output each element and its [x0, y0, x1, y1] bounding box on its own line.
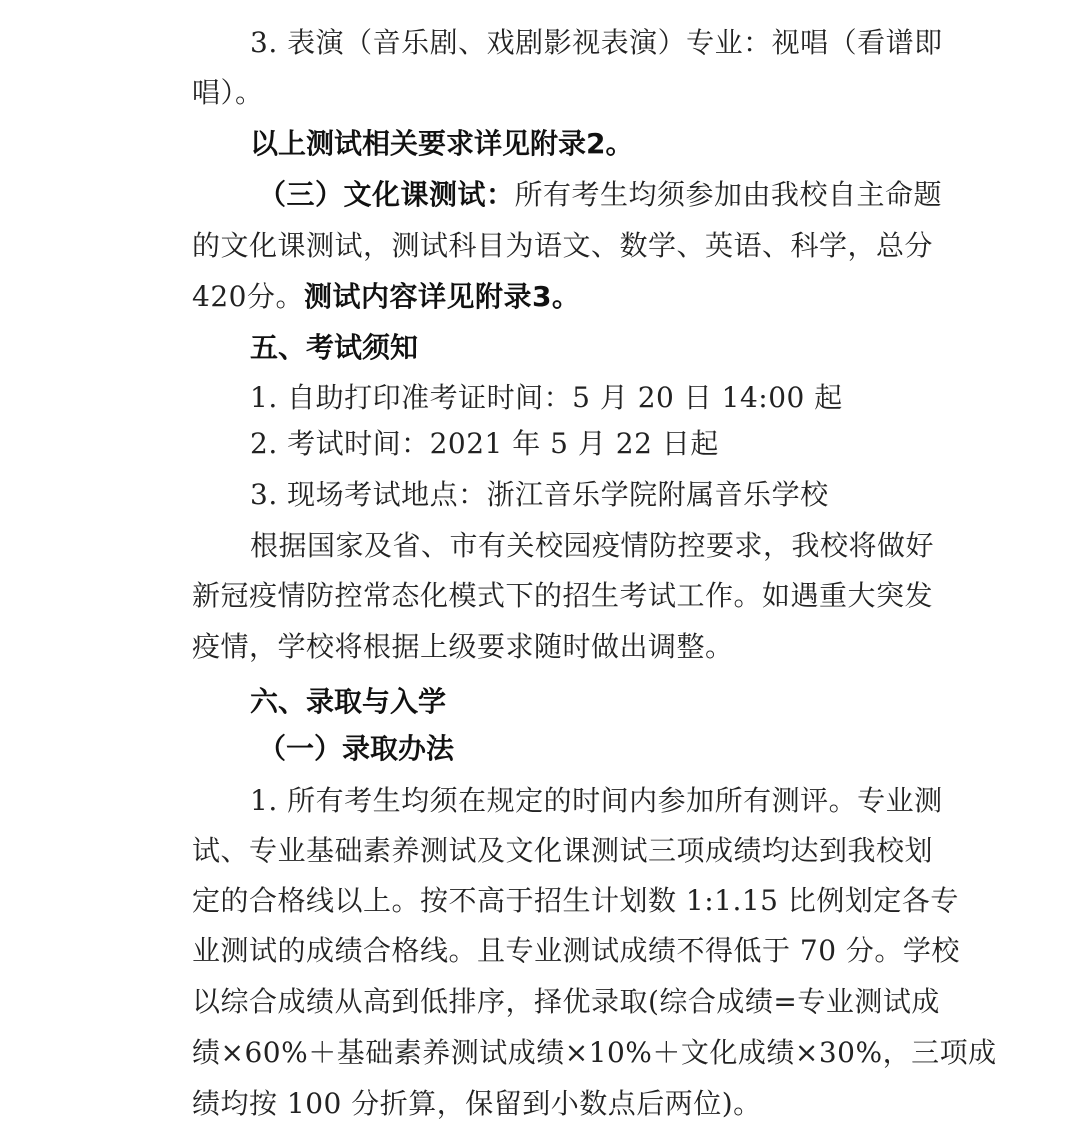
paragraph-text: 所有考生均须参加由我校自主命题	[515, 178, 943, 211]
section-heading: 六、录取与入学	[250, 684, 944, 720]
paragraph-line: 疫情，学校将根据上级要求随时做出调整。	[192, 629, 944, 665]
paragraph-line: 新冠疫情防控常态化模式下的招生考试工作。如遇重大突发	[192, 578, 944, 614]
paragraph-line: 业测试的成绩合格线。且专业测试成绩不得低于 70 分。学校	[192, 933, 944, 969]
paragraph-line: 试、专业基础素养测试及文化课测试三项成绩均达到我校划	[192, 833, 944, 869]
paragraph-line: 3. 表演（音乐剧、戏剧影视表演）专业：视唱（看谱即	[250, 25, 944, 61]
list-item: 2. 考试时间：2021 年 5 月 22 日起	[250, 426, 944, 462]
paragraph-line: 定的合格线以上。按不高于招生计划数 1:1.15 比例划定各专	[192, 883, 944, 919]
section-heading: 五、考试须知	[250, 330, 944, 366]
paragraph-line: 420分。测试内容详见附录3。	[192, 279, 944, 315]
appendix-note: 测试内容详见附录3。	[304, 280, 580, 313]
paragraph-line: 以综合成绩从高到低排序，择优录取(综合成绩=专业测试成	[192, 984, 944, 1020]
paragraph-line: 唱）。	[192, 75, 944, 111]
section-label: （三）文化课测试：	[258, 178, 515, 211]
paragraph-text: 420分。	[192, 280, 304, 313]
list-item: 3. 现场考试地点：浙江音乐学院附属音乐学校	[250, 477, 944, 513]
paragraph-line: 绩×60%＋基础素养测试成绩×10%＋文化成绩×30%，三项成	[192, 1035, 944, 1071]
paragraph-line: 根据国家及省、市有关校园疫情防控要求，我校将做好	[250, 528, 944, 564]
list-item: 1. 自助打印准考证时间：5 月 20 日 14:00 起	[250, 380, 944, 416]
appendix-note: 以上测试相关要求详见附录2。	[250, 126, 944, 162]
paragraph-line: 绩均按 100 分折算，保留到小数点后两位)。	[192, 1086, 944, 1122]
document-page: 3. 表演（音乐剧、戏剧影视表演）专业：视唱（看谱即 唱）。 以上测试相关要求详…	[0, 0, 1080, 1127]
paragraph-line: 的文化课测试，测试科目为语文、数学、英语、科学，总分	[192, 228, 944, 264]
paragraph-line: 1. 所有考生均须在规定的时间内参加所有测评。专业测	[250, 783, 944, 819]
paragraph-line: （三）文化课测试：所有考生均须参加由我校自主命题	[258, 177, 1010, 213]
subsection-heading: （一）录取办法	[258, 731, 1010, 767]
